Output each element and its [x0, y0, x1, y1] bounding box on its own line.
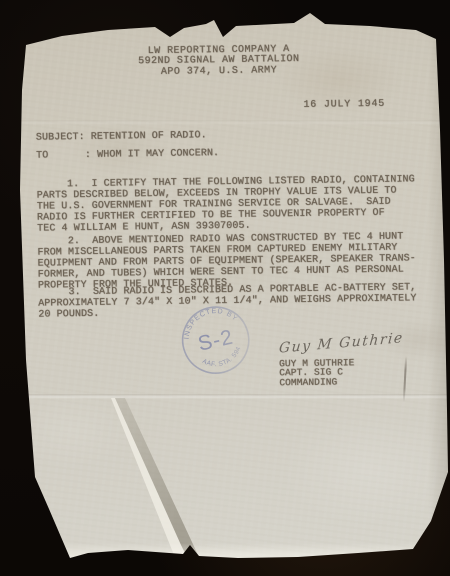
- subject-line: SUBJECT: RETENTION OF RADIO.: [36, 130, 207, 143]
- signature-block: GUY M GUTHRIE CAPT. SIG C COMMANDING: [279, 358, 355, 387]
- handwritten-signature: Guy M Guthrie: [278, 330, 404, 357]
- to-line: TO : WHOM IT MAY CONCERN.: [36, 148, 219, 162]
- document-paper: LW REPORTING COMPANY A 592ND SIGNAL AW B…: [0, 0, 450, 576]
- stamp-center-text: S-2: [196, 325, 236, 355]
- paragraph-1: 1. I CERTIFY THAT THE FOLLOWING LISTED R…: [36, 174, 415, 234]
- letterhead: LW REPORTING COMPANY A 592ND SIGNAL AW B…: [69, 44, 369, 79]
- letter-content: LW REPORTING COMPANY A 592ND SIGNAL AW B…: [0, 0, 450, 576]
- photo-scene: LW REPORTING COMPANY A 592ND SIGNAL AW B…: [0, 0, 450, 576]
- date: 16 JULY 1945: [303, 99, 385, 111]
- signer-title: COMMANDING: [279, 377, 355, 387]
